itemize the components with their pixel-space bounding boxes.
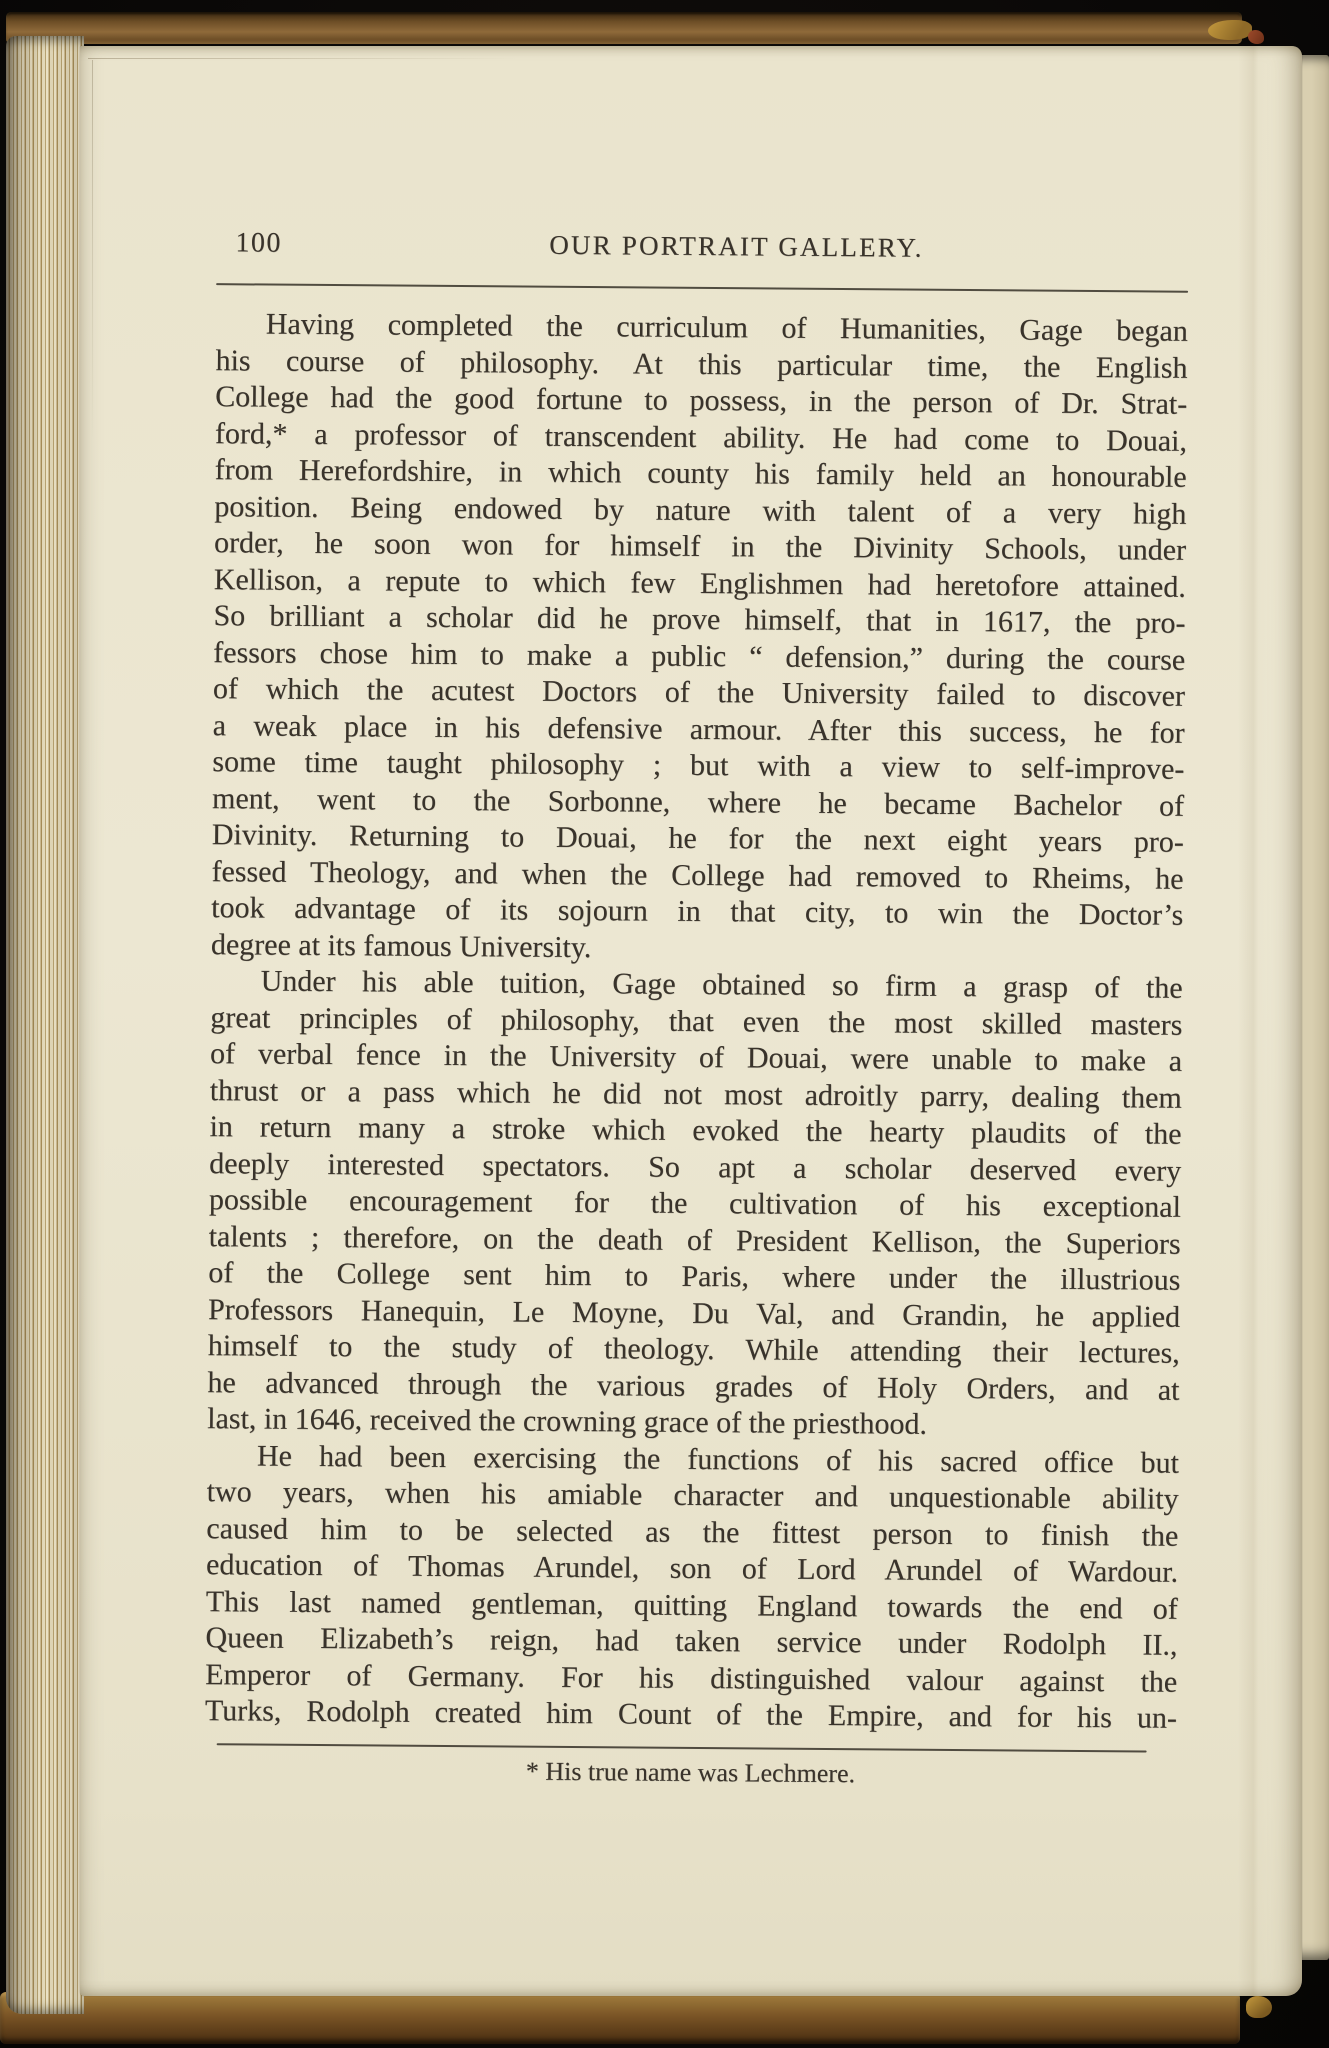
footnote-rule: [217, 1743, 1147, 1752]
book-page: 100 OUR PORTRAIT GALLERY. Having complet…: [80, 46, 1302, 1996]
footnote: * His true name was Lechmere.: [204, 1754, 1176, 1792]
binding-fray-gold: [1208, 20, 1252, 40]
body-text: Having completed the curriculum of Human…: [205, 306, 1188, 1737]
paragraph: He had been exercising the functions of …: [205, 1438, 1179, 1738]
running-head: OUR PORTRAIT GALLERY.: [250, 227, 1222, 266]
book-cover-top-edge: [6, 12, 1242, 44]
binding-fray-red: [1248, 30, 1264, 44]
header-rule: [216, 283, 1188, 293]
book-photo: 100 OUR PORTRAIT GALLERY. Having complet…: [0, 0, 1329, 2048]
page-content: 100 OUR PORTRAIT GALLERY. Having complet…: [65, 45, 1302, 2005]
text-line: Turks, Rodolph created him Count of the …: [205, 1693, 1177, 1737]
paragraph: Having completed the curriculum of Human…: [211, 306, 1188, 971]
paragraph: Under his able tuition, Gage obtained so…: [207, 963, 1183, 1445]
